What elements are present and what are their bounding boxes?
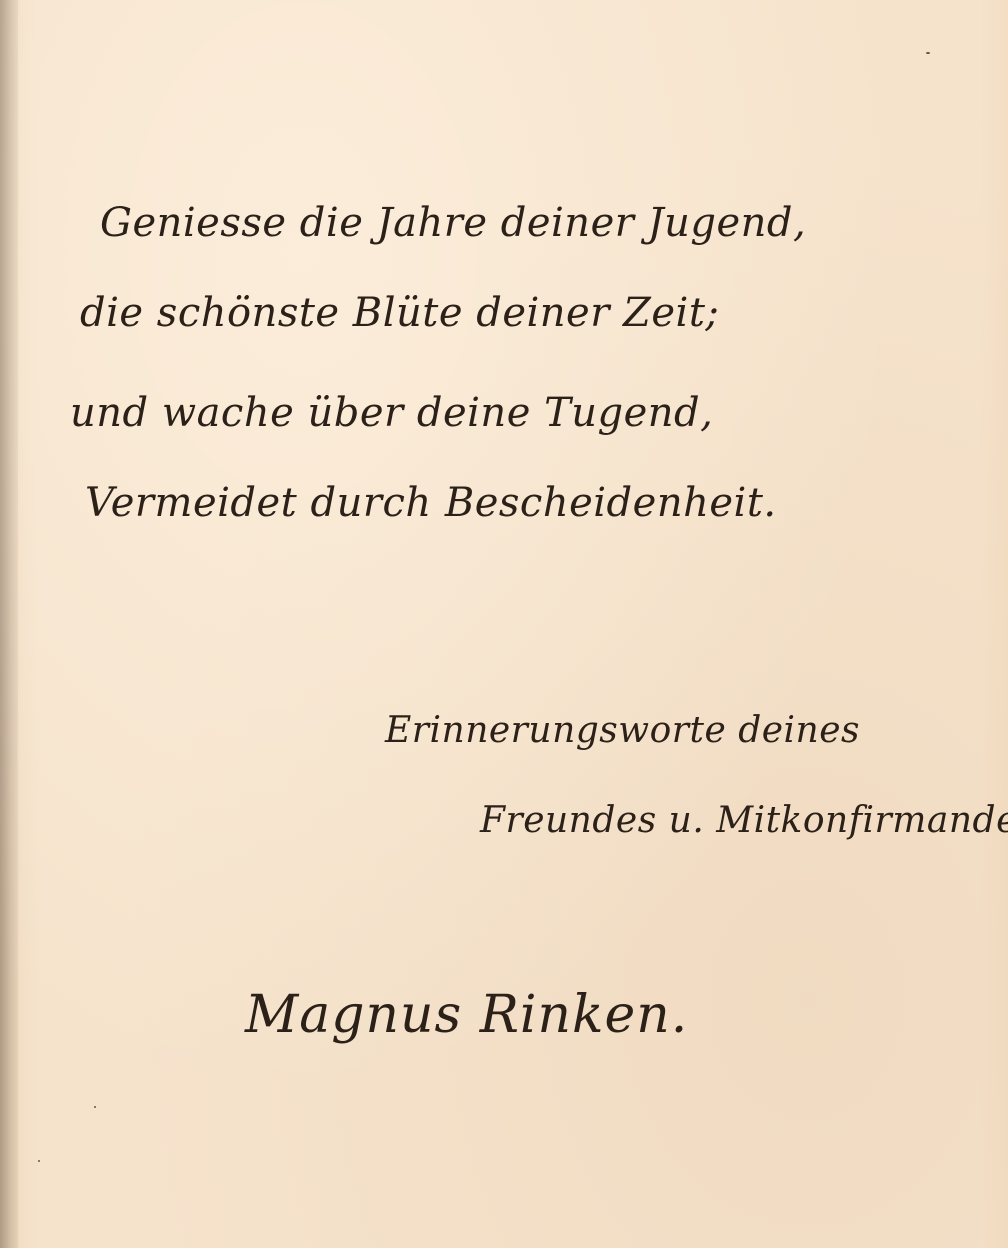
poem-line-4: Vermeidet durch Bescheidenheit.: [85, 480, 777, 526]
page-gutter-shadow: [0, 0, 18, 1248]
poem-line-2: die schönste Blüte deiner Zeit;: [80, 290, 719, 336]
signature: Magnus Rinken.: [245, 985, 688, 1045]
poem-line-3: und wache über deine Tugend,: [70, 390, 713, 436]
dedication-line-2: Freundes u. Mitkonfirmanden: [480, 800, 1008, 841]
poem-line-1: Geniesse die Jahre deiner Jugend,: [100, 200, 806, 246]
paper-speck: [38, 1160, 40, 1162]
dedication-line-1: Erinnerungsworte deines: [385, 710, 860, 751]
paper-speck: [926, 52, 930, 54]
paper-speck: [94, 1106, 96, 1108]
